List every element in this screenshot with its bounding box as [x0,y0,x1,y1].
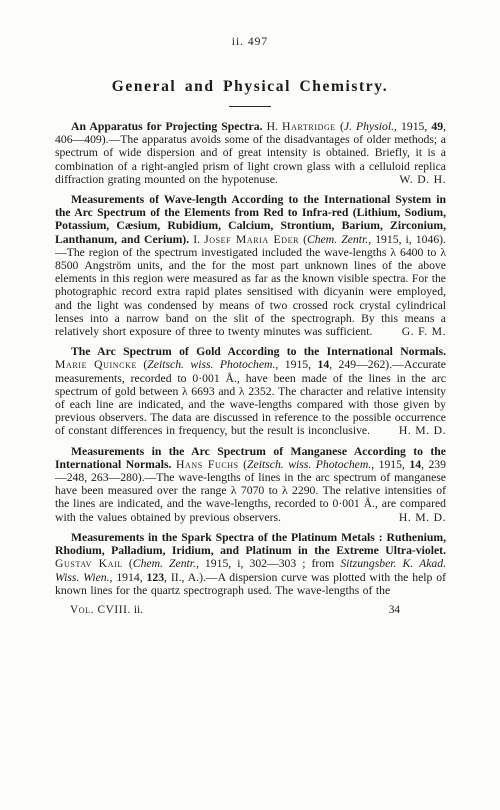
text-segment: , 1915, [394,120,431,133]
text-segment: , 1914, [110,571,147,584]
volume-signature: Vol. CVIII.ii. [70,604,143,616]
abstract-apparatus-projecting-spectra: An Apparatus for Projecting Spectra. H. … [55,120,446,186]
section-title: General and Physical Chemistry. [0,78,500,96]
text-segment: , 1915, i, 1046).—The region of the spec… [55,233,446,338]
text-segment: Chem. Zentr. [307,233,368,246]
abstract-arc-spectrum-gold: The Arc Spectrum of Gold According to th… [55,345,446,437]
text-segment: , 1915, [371,458,409,471]
abstract-wavelength-international-system: Measurements of Wave-length According to… [55,193,446,338]
text-segment: , 1915, [275,358,317,371]
text-segment: 14 [409,458,421,471]
text-segment: ( [123,557,133,570]
abstract-spark-spectra-platinum-metals: Measurements in the Spark Spectra of the… [55,531,446,597]
abstractor-initials: W. D. H. [383,173,446,186]
text-segment: Hartridge [282,120,336,133]
text-segment: 123 [147,571,165,584]
text-segment: Chem. Zentr. [133,557,196,570]
text-segment: ( [239,458,247,471]
text-segment: Zeitsch. wiss. Photochem. [247,458,371,471]
text-segment: Zeitsch. wiss. Photochem. [147,358,275,371]
text-segment: The Arc Spectrum of Gold According to th… [71,345,446,358]
abstractor-initials: G. F. M. [386,325,446,338]
abstractor-initials: H. M. D. [383,511,446,524]
text-segment: ( [299,233,307,246]
page-footer: Vol. CVIII.ii. 34 [70,604,400,616]
text-segment: Hans Fuchs [176,458,239,471]
abstract-arc-spectrum-manganese: Measurements in the Arc Spectrum of Mang… [55,445,446,524]
page-folio: ii. 497 [0,0,500,48]
abstracts-column: An Apparatus for Projecting Spectra. H. … [55,120,446,597]
text-segment: Josef Maria Eder [204,233,299,246]
text-segment: I. [189,233,204,246]
text-segment: Marie Quincke [55,358,137,371]
text-segment: J. Physiol. [344,120,394,133]
abstractor-initials: H. M. D. [383,424,446,437]
title-rule [229,106,271,107]
sheet-number: 34 [389,604,400,616]
text-segment: H. [263,120,283,133]
text-segment: ( [336,120,344,133]
volume-number: Vol. CVIII. [70,604,131,616]
text-segment: An Apparatus for Projecting Spectra. [71,120,263,133]
text-segment: Gustav Kail [55,557,123,570]
journal-page: ii. 497 General and Physical Chemistry. … [0,0,500,810]
text-segment: , 1915, i, 302—303 ; from [196,557,340,570]
text-segment: 14 [318,358,330,371]
text-segment: ( [137,358,147,371]
text-segment: 49 [431,120,443,133]
text-segment: Measurements in the Spark Spectra of the… [55,531,446,557]
series-part: ii. [134,604,143,616]
